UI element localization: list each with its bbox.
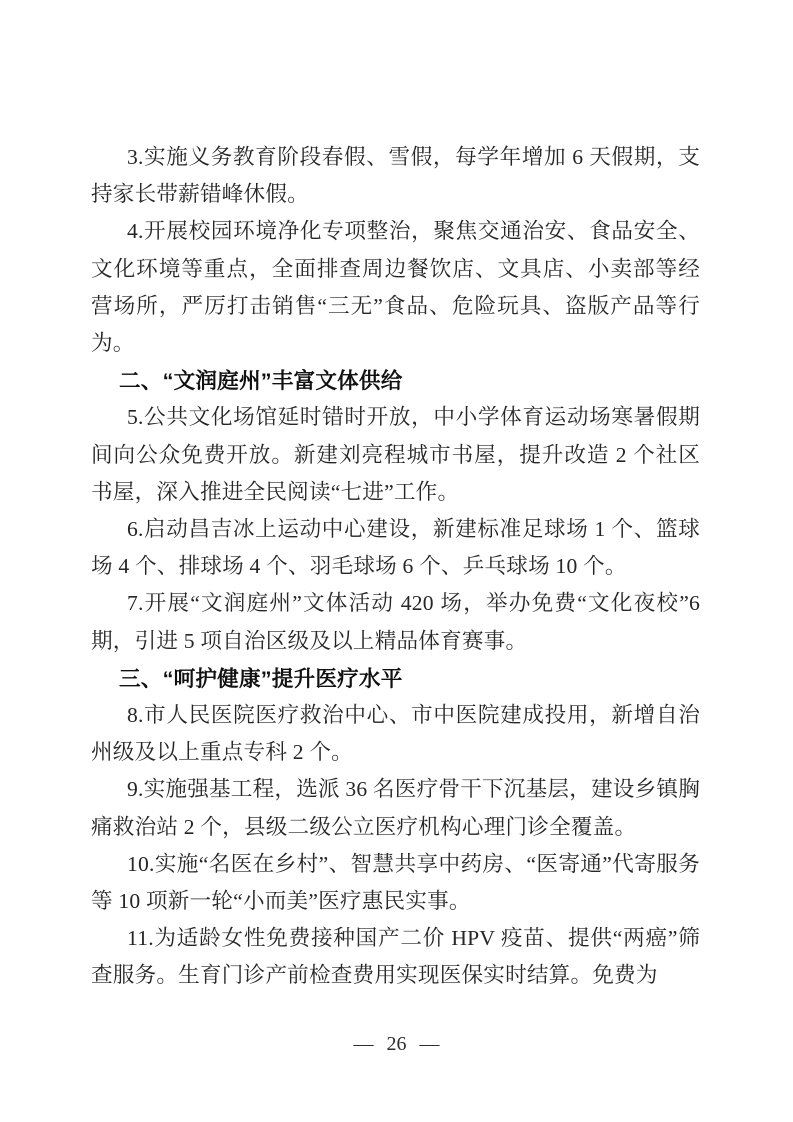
document-body: 3.实施义务教育阶段春假、雪假，每学年增加 6 天假期，支持家长带薪错峰休假。4… — [91, 139, 700, 995]
body-paragraph: 3.实施义务教育阶段春假、雪假，每学年增加 6 天假期，支持家长带薪错峰休假。 — [91, 139, 700, 213]
body-paragraph: 10.实施“名医在乡村”、智慧共享中药房、“医寄通”代寄服务等 10 项新一轮“… — [91, 846, 700, 920]
page-footer: — 26 — — [0, 1031, 793, 1057]
body-paragraph: 6.启动昌吉冰上运动中心建设，新建标准足球场 1 个、篮球场 4 个、排球场 4… — [91, 511, 700, 585]
body-paragraph: 5.公共文化场馆延时错时开放，中小学体育运动场寒暑假期间向公众免费开放。新建刘亮… — [91, 399, 700, 511]
section-heading: 二、“文润庭州”丰富文体供给 — [91, 362, 700, 399]
footer-dash-left: — — [354, 1031, 374, 1057]
body-paragraph: 4.开展校园环境净化专项整治，聚焦交通治安、食品安全、文化环境等重点，全面排查周… — [91, 213, 700, 362]
page-number: 26 — [387, 1031, 407, 1057]
footer-dash-right: — — [420, 1031, 440, 1057]
body-paragraph: 7.开展“文润庭州”文体活动 420 场，举办免费“文化夜校”6 期，引进 5 … — [91, 585, 700, 659]
body-paragraph: 8.市人民医院医疗救治中心、市中医院建成投用，新增自治州级及以上重点专科 2 个… — [91, 697, 700, 771]
document-page: 3.实施义务教育阶段春假、雪假，每学年增加 6 天假期，支持家长带薪错峰休假。4… — [0, 0, 793, 1122]
body-paragraph: 11.为适龄女性免费接种国产二价 HPV 疫苗、提供“两癌”筛查服务。生育门诊产… — [91, 920, 700, 994]
body-paragraph: 9.实施强基工程，选派 36 名医疗骨干下沉基层，建设乡镇胸痛救治站 2 个，县… — [91, 771, 700, 845]
section-heading: 三、“呵护健康”提升医疗水平 — [91, 660, 700, 697]
